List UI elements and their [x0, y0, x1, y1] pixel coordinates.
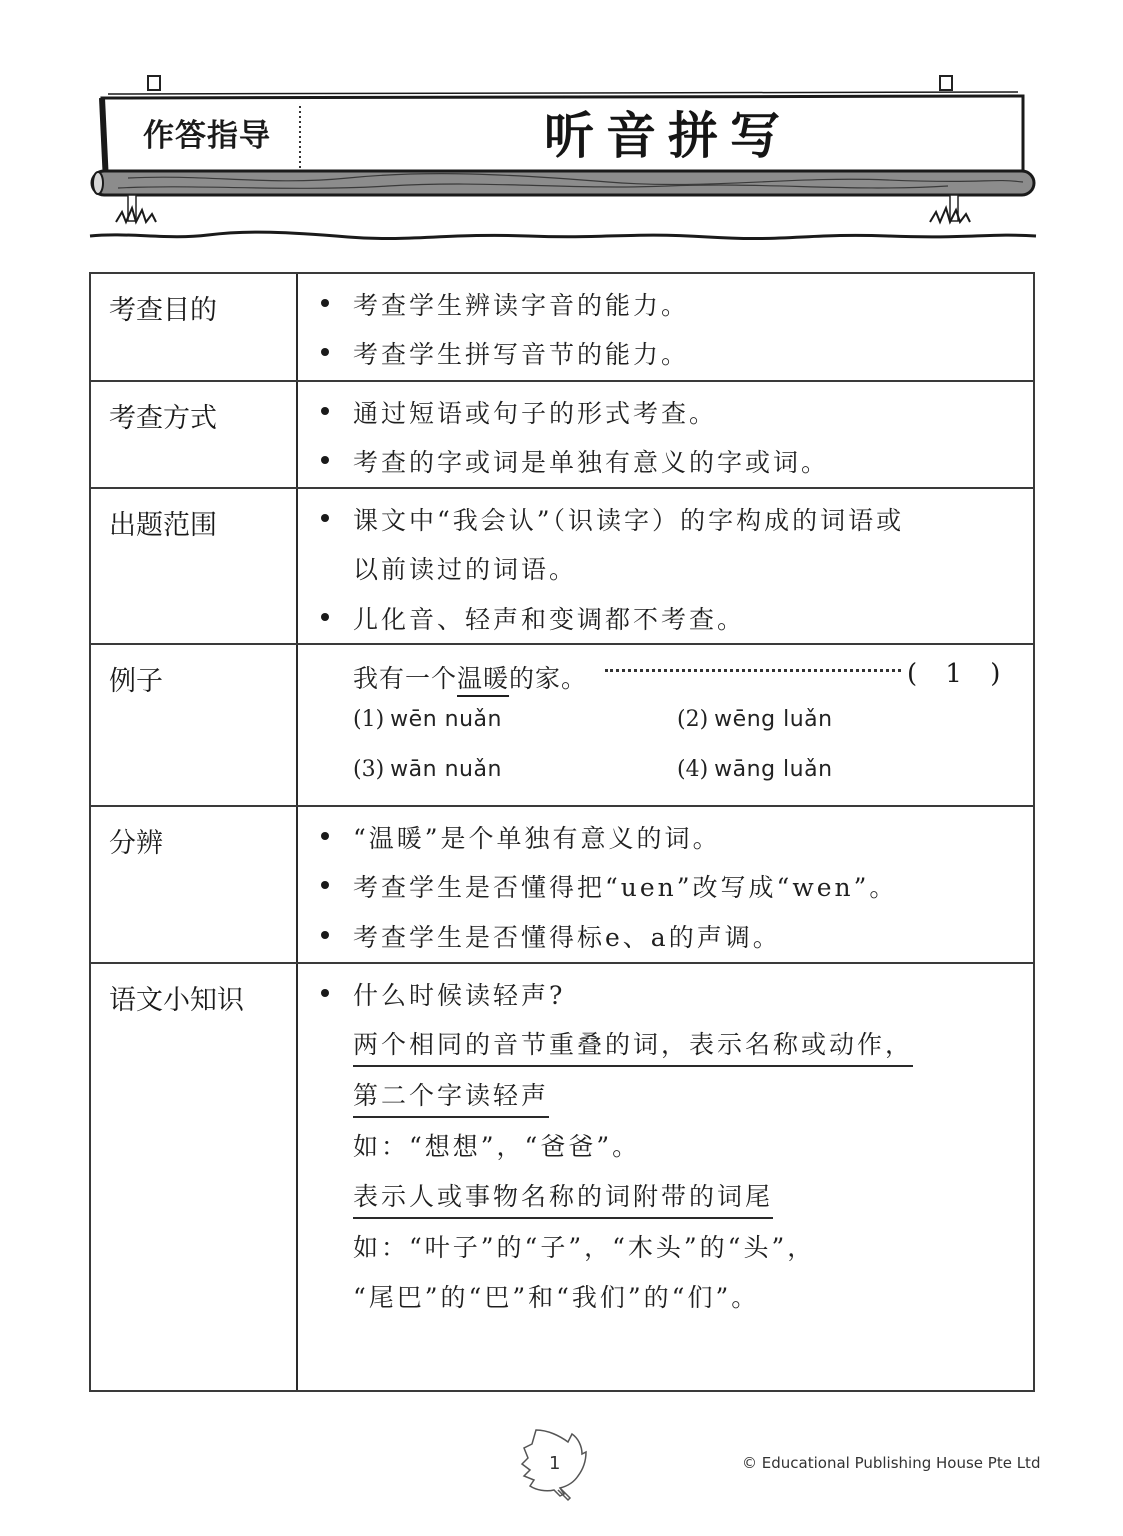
list-item: 考查学生拼写音节的能力。: [319, 335, 689, 371]
answer-box: ( 1 ): [907, 659, 1010, 689]
underlined-word: 温暖: [457, 664, 509, 693]
option-4: (4)wāng luǎn: [677, 757, 833, 782]
row-label: 语文小知识: [109, 978, 244, 1017]
row-label: 考查方式: [109, 396, 217, 435]
example-sentence: 我有一个温暖的家。: [319, 659, 587, 695]
list-item: 儿化音、轻声和变调都不考查。: [319, 600, 745, 636]
table-row-method: 考查方式 通过短语或句子的形式考查。 考查的字或词是单独有意义的字或词。: [91, 380, 1033, 487]
row-label: 分辨: [109, 821, 163, 860]
list-item: “温暖”是个单独有意义的词。: [319, 819, 721, 855]
bullet-icon: [321, 613, 329, 621]
table-row-purpose: 考查目的 考查学生辨读字音的能力。 考查学生拼写音节的能力。: [91, 274, 1033, 380]
table-row-language-tips: 语文小知识 什么时候读轻声? 两个相同的音节重叠的词，表示名称或动作， 第二个字…: [91, 962, 1033, 1392]
row-label: 例子: [109, 659, 163, 698]
option-2: (2)wēng luǎn: [677, 707, 833, 732]
row-label: 考查目的: [109, 288, 217, 327]
option-3: (3)wān nuǎn: [353, 757, 502, 782]
table-row-scope: 出题范围 课文中“我会认”（识读字）的字构成的词语或 以前读过的词语。 儿化音、…: [91, 487, 1033, 643]
table-row-example: 例子 我有一个温暖的家。 ( 1 ) (1)wēn nuǎn (2)wēng l…: [91, 643, 1033, 805]
example-line: “尾巴”的“巴”和“我们”的“们”。: [353, 1278, 759, 1314]
banner-label: 作答指导: [132, 110, 282, 155]
example-line: 如：“想想”，“爸爸”。: [353, 1127, 640, 1163]
bullet-icon: [321, 989, 329, 997]
bullet-icon: [321, 407, 329, 415]
list-item: 什么时候读轻声?: [319, 976, 565, 1012]
bullet-icon: [321, 931, 329, 939]
list-item: 考查学生是否懂得标e、a的声调。: [319, 918, 781, 954]
bullet-icon: [321, 832, 329, 840]
list-item-continuation: 以前读过的词语。: [319, 550, 577, 586]
list-item: 课文中“我会认”（识读字）的字构成的词语或: [319, 501, 904, 537]
bullet-icon: [321, 881, 329, 889]
list-item: 通过短语或句子的形式考查。: [319, 394, 717, 430]
dotted-leader: [605, 665, 901, 672]
page-number: 1: [549, 1453, 560, 1474]
guide-table: 考查目的 考查学生辨读字音的能力。 考查学生拼写音节的能力。 考查方式 通过短语…: [89, 272, 1035, 1392]
bullet-icon: [321, 514, 329, 522]
page-title: 听音拼写: [378, 96, 958, 168]
copyright-notice: © Educational Publishing House Pte Ltd: [742, 1454, 1040, 1472]
rule-underlined-1-cont: 第二个字读轻声: [353, 1076, 549, 1112]
example-line: 如：“叶子”的“子”，“木头”的“头”，: [353, 1228, 815, 1264]
list-item: 考查的字或词是单独有意义的字或词。: [319, 443, 829, 479]
row-label: 出题范围: [109, 503, 217, 542]
bullet-icon: [321, 348, 329, 356]
list-item: 考查学生是否懂得把“uen”改写成“wen”。: [319, 868, 897, 904]
option-1: (1)wēn nuǎn: [353, 707, 502, 732]
table-row-distinguish: 分辨 “温暖”是个单独有意义的词。 考查学生是否懂得把“uen”改写成“wen”…: [91, 805, 1033, 962]
bullet-icon: [321, 299, 329, 307]
rule-underlined-1: 两个相同的音节重叠的词，表示名称或动作，: [353, 1025, 913, 1061]
bullet-icon: [321, 456, 329, 464]
title-banner: 作答指导 听音拼写: [88, 70, 1038, 250]
list-item: 考查学生辨读字音的能力。: [319, 286, 689, 322]
rule-underlined-2: 表示人或事物名称的词附带的词尾: [353, 1177, 773, 1213]
